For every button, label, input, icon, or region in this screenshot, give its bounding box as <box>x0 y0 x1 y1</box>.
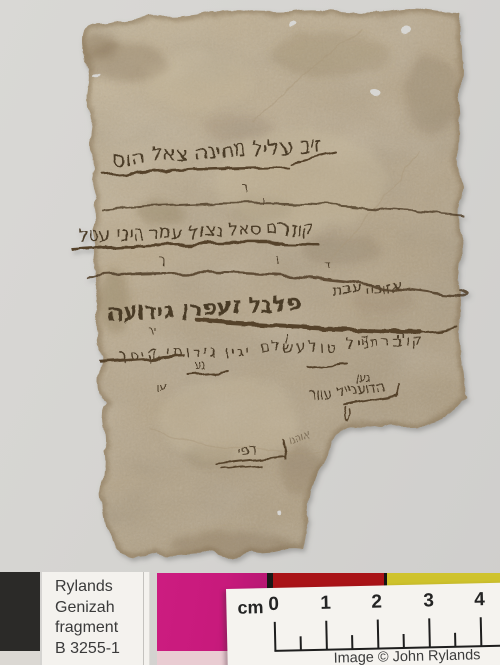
svg-text:גע: גע <box>195 358 208 372</box>
svg-text:ד: ד <box>325 259 331 272</box>
ruler-card: cm 0 1 2 3 4 Image © John Rylands <box>226 582 500 665</box>
svg-text:ן: ן <box>284 330 287 344</box>
svg-text:ך: ך <box>159 253 165 266</box>
paper-texture <box>60 0 480 570</box>
calibration-patch-black <box>0 572 40 651</box>
svg-text:ן: ן <box>275 251 278 265</box>
svg-text:גען: גען <box>355 370 371 384</box>
shelfmark-line: Rylands <box>55 577 150 598</box>
handwriting-line-7-boxed: דפי <box>238 444 257 461</box>
manuscript-photo-page: זיב עליל מחינה צאל הוס קוזרם סאל נצול עמ… <box>0 0 500 665</box>
shelfmark-line: Genizah <box>55 598 150 619</box>
shelfmark-line: B 3255-1 <box>55 639 150 660</box>
shelfmark-line: fragment <box>55 618 150 639</box>
manuscript-fragment-photo: זיב עליל מחינה צאל הוס קוזרם סאל נצול עמ… <box>0 0 500 570</box>
label-edge-line <box>143 572 144 665</box>
svg-text:ך: ך <box>242 180 249 195</box>
svg-text:ען: ען <box>155 380 165 393</box>
copyright-text: Image © John Rylands <box>333 647 480 665</box>
svg-text:ן: ן <box>262 195 265 206</box>
svg-text:יך: יך <box>149 323 157 336</box>
svg-text:ק: ק <box>359 331 368 346</box>
shelfmark-label: Rylands Genizah fragment B 3255-1 <box>42 572 150 665</box>
calibration-patch-black-lower <box>0 651 40 665</box>
